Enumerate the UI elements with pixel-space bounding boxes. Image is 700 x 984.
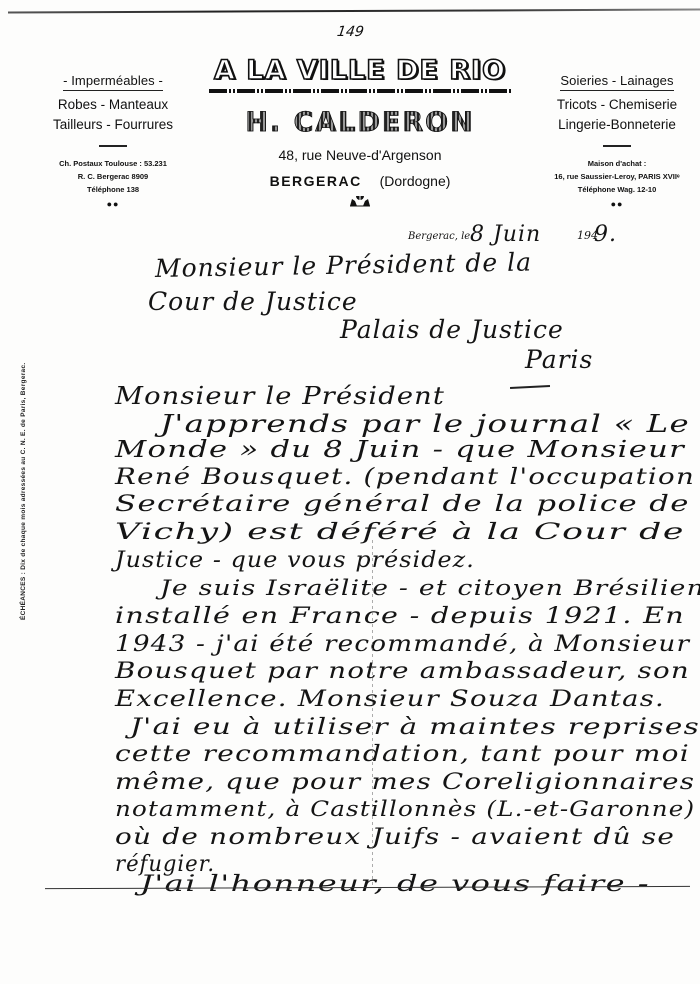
body-line: Monde » du 8 Juin - que Monsieur bbox=[115, 437, 685, 463]
body-line: René Bousquet. (pendant l'occupation bbox=[115, 465, 695, 490]
city-line: BERGERAC (Dordogne) bbox=[205, 173, 515, 189]
city-name: BERGERAC bbox=[270, 173, 362, 189]
letterhead-right-column: Soieries - Lainages Tricots - Chemiserie… bbox=[532, 72, 700, 209]
right-detail: Téléphone Wag. 12-10 bbox=[532, 183, 700, 196]
letterhead-center: A LA VILLE DE RIO H. CALDERON 48, rue Ne… bbox=[205, 55, 515, 212]
body-line: J'apprends par le journal « Le bbox=[160, 410, 690, 438]
date-handwritten-day: 8 Juin bbox=[470, 222, 541, 247]
left-line: Robes - Manteaux bbox=[38, 95, 188, 115]
body-line: notamment, à Castillonnès (L.-et-Garonne… bbox=[115, 797, 695, 821]
body-line: où de nombreux Juifs - avaient dû se bbox=[115, 825, 675, 850]
divider bbox=[99, 145, 127, 147]
left-detail: R. C. Bergerac 8909 bbox=[38, 170, 188, 183]
ornament-dots: ●● bbox=[532, 199, 700, 209]
body-line: Secrétaire général de la police de bbox=[115, 492, 690, 517]
left-heading: - Imperméables - bbox=[63, 73, 163, 91]
crest-emblem-icon bbox=[349, 195, 371, 207]
street-address: 48, rue Neuve-d'Argenson bbox=[205, 147, 515, 163]
body-line: J'ai l'honneur, de vous faire - bbox=[140, 872, 650, 897]
body-line: Bousquet par notre ambassadeur, son bbox=[115, 659, 690, 684]
letterhead-left-column: - Imperméables - Robes - Manteaux Taille… bbox=[38, 72, 188, 209]
date-printed-prefix: Bergerac, le bbox=[408, 231, 470, 242]
body-line: Excellence. Monsieur Souza Dantas. bbox=[115, 687, 665, 712]
body-line: installé en France - depuis 1921. En bbox=[115, 604, 685, 629]
divider bbox=[603, 145, 631, 147]
date-handwritten-year: 9. bbox=[594, 222, 617, 247]
left-detail: Téléphone 138 bbox=[38, 183, 188, 196]
ornament-dots: ●● bbox=[38, 199, 188, 209]
letter-page: 149 - Imperméables - Robes - Manteaux Ta… bbox=[0, 0, 700, 984]
top-edge-rule bbox=[8, 8, 700, 13]
region-name: (Dordogne) bbox=[380, 173, 451, 189]
body-line: 1943 - j'ai été recommandé, à Monsieur bbox=[115, 632, 690, 657]
right-heading: Soieries - Lainages bbox=[560, 73, 673, 91]
left-line: Tailleurs - Fourrures bbox=[38, 115, 188, 135]
body-line: cette recommandation, tant pour moi bbox=[115, 742, 690, 767]
body-line: Vichy) est déféré à la Cour de bbox=[115, 520, 685, 545]
body-line: Je suis Israëlite - et citoyen Brésilien bbox=[160, 576, 700, 600]
right-line: Lingerie-Bonneterie bbox=[532, 115, 700, 135]
folio-number: 149 bbox=[336, 24, 365, 40]
brand-underline bbox=[209, 89, 511, 93]
body-line: Monsieur le Président bbox=[115, 382, 445, 410]
recipient-line: Palais de Justice bbox=[340, 315, 564, 344]
recipient-line: Cour de Justice bbox=[148, 287, 358, 316]
body-line: J'ai eu à utiliser à maintes reprises bbox=[130, 715, 700, 740]
left-detail: Ch. Postaux Toulouse : 53.231 bbox=[38, 157, 188, 170]
right-detail: 16, rue Saussier-Leroy, PARIS XVIIᵉ bbox=[532, 170, 700, 183]
brand-name: A LA VILLE DE RIO bbox=[205, 55, 515, 87]
body-line: même, que pour mes Coreligionnaires bbox=[115, 770, 695, 795]
recipient-line: Monsieur le Président de la bbox=[155, 247, 532, 283]
right-detail: Maison d'achat : bbox=[532, 157, 700, 170]
recipient-line: Paris bbox=[525, 345, 593, 374]
fold-crease bbox=[372, 540, 373, 885]
body-line: Justice - que vous présidez. bbox=[115, 548, 475, 573]
recipient-underline bbox=[510, 385, 550, 389]
right-line: Tricots - Chemiserie bbox=[532, 95, 700, 115]
owner-name: H. CALDERON bbox=[205, 107, 515, 139]
side-payment-note: ÉCHÉANCES : Dix de chaque mois adressées… bbox=[20, 363, 27, 621]
